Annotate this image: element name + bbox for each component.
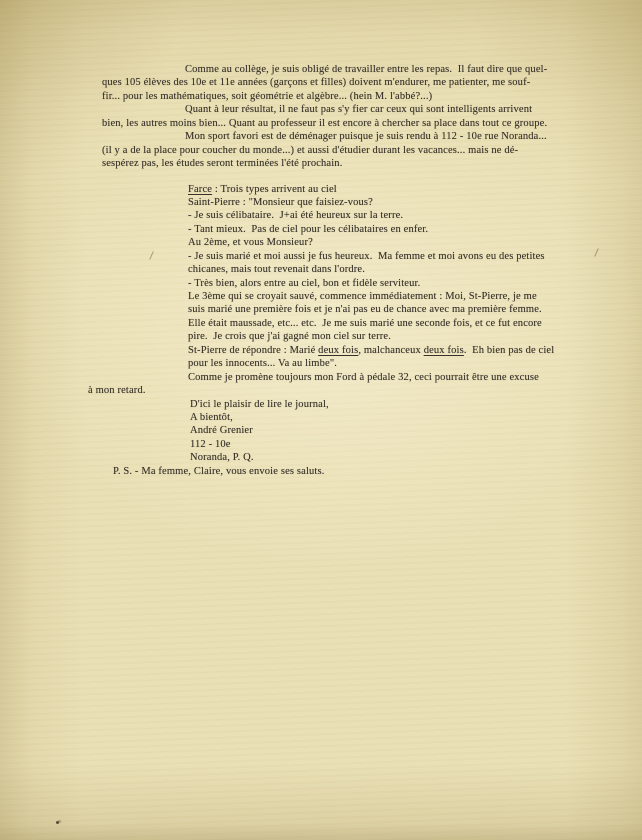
text-run: Elle était maussade, etc... etc. Je me s… xyxy=(188,318,542,329)
text-run: . Eh bien pas de ciel xyxy=(464,345,554,356)
letter-line: Saint-Pierre : "Monsieur que faisiez-vou… xyxy=(188,196,642,209)
letter-line: pire. Je crois que j'ai gagné mon ciel s… xyxy=(188,330,642,343)
underlined-text: deux fois xyxy=(424,345,464,356)
text-run: St-Pierre de répondre : Marié xyxy=(188,345,318,356)
text-run: bien, les autres moins bien... Quant au … xyxy=(102,118,547,129)
text-run: A bientôt, xyxy=(190,412,233,423)
text-run: pour les innocents... Va au limbe". xyxy=(188,358,337,369)
text-run: André Grenier xyxy=(190,425,253,436)
letter-line: (il y a de la place pour coucher du mond… xyxy=(102,144,642,157)
letter-line: Le 3ème qui se croyait sauvé, commence i… xyxy=(188,290,642,303)
letter-line: fir... pour les mathématiques, soit géom… xyxy=(102,90,642,103)
text-run: P. S. - Ma femme, Claire, vous envoie se… xyxy=(113,466,325,477)
text-run: ques 105 élèves des 10e et 11e années (g… xyxy=(102,77,530,88)
letter-page: Comme au collège, je suis obligé de trav… xyxy=(0,0,642,840)
letter-line: sespérez pas, les études seront terminée… xyxy=(102,157,642,170)
letter-line: pour les innocents... Va au limbe". xyxy=(188,357,642,370)
text-run: sespérez pas, les études seront terminée… xyxy=(102,158,342,169)
letter-line: St-Pierre de répondre : Marié deux fois,… xyxy=(188,344,642,357)
text-run: Saint-Pierre : "Monsieur que faisiez-vou… xyxy=(188,197,373,208)
letter-line: Farce : Trois types arrivent au ciel xyxy=(188,183,642,196)
text-run: - Je suis célibataire. J+ai été heureux … xyxy=(188,210,403,221)
letter-line: - Je suis célibataire. J+ai été heureux … xyxy=(188,209,642,222)
text-run: à mon retard. xyxy=(88,385,146,396)
letter-line: D'ici le plaisir de lire le journal, xyxy=(190,398,642,411)
letter-line: Comme je promène toujours mon Ford à péd… xyxy=(188,371,642,384)
letter-line: - Tant mieux. Pas de ciel pour les célib… xyxy=(188,223,642,236)
letter-line: - Très bien, alors entre au ciel, bon et… xyxy=(188,277,642,290)
letter-line: Au 2ème, et vous Monsieur? xyxy=(188,236,642,249)
letter-line: bien, les autres moins bien... Quant au … xyxy=(102,117,642,130)
underlined-text: deux fois xyxy=(318,345,358,356)
text-run: - Très bien, alors entre au ciel, bon et… xyxy=(188,278,420,289)
text-run: , malchanceux xyxy=(358,345,423,356)
text-run: Au 2ème, et vous Monsieur? xyxy=(188,237,313,248)
letter-line: chicanes, mais tout revenait dans l'ordr… xyxy=(188,263,642,276)
text-run: (il y a de la place pour coucher du mond… xyxy=(102,145,518,156)
text-run: Noranda, P. Q. xyxy=(190,452,254,463)
letter-line: Comme au collège, je suis obligé de trav… xyxy=(185,63,642,76)
text-run: Mon sport favori est de déménager puisqu… xyxy=(185,131,547,142)
letter-line: Mon sport favori est de déménager puisqu… xyxy=(185,130,642,143)
text-run: Comme je promène toujours mon Ford à péd… xyxy=(188,372,539,383)
letter-line: - Je suis marié et moi aussi je fus heur… xyxy=(188,250,642,263)
letter-line: à mon retard. xyxy=(88,384,642,397)
letter-line: suis marié une première fois et je n'ai … xyxy=(188,303,642,316)
paper-speck xyxy=(56,821,59,824)
text-run: Quant à leur résultat, il ne faut pas s'… xyxy=(185,104,532,115)
text-run: D'ici le plaisir de lire le journal, xyxy=(190,399,329,410)
text-run: - Tant mieux. Pas de ciel pour les célib… xyxy=(188,224,428,235)
text-run: fir... pour les mathématiques, soit géom… xyxy=(102,91,432,102)
text-run: : Trois types arrivent au ciel xyxy=(212,184,337,195)
letter-line: Quant à leur résultat, il ne faut pas s'… xyxy=(185,103,642,116)
letter-line: P. S. - Ma femme, Claire, vous envoie se… xyxy=(113,465,642,478)
text-run: pire. Je crois que j'ai gagné mon ciel s… xyxy=(188,331,391,342)
letter-line: Noranda, P. Q. xyxy=(190,451,642,464)
text-run: Comme au collège, je suis obligé de trav… xyxy=(185,64,547,75)
letter-line: Elle était maussade, etc... etc. Je me s… xyxy=(188,317,642,330)
text-run: 112 - 10e xyxy=(190,439,231,450)
text-run: Le 3ème qui se croyait sauvé, commence i… xyxy=(188,291,537,302)
letter-line: A bientôt, xyxy=(190,411,642,424)
letter-line: André Grenier xyxy=(190,424,642,437)
letter-line: 112 - 10e xyxy=(190,438,642,451)
letter-body: Comme au collège, je suis obligé de trav… xyxy=(0,63,642,478)
underlined-text: Farce xyxy=(188,184,212,195)
text-run: chicanes, mais tout revenait dans l'ordr… xyxy=(188,264,365,275)
text-run: suis marié une première fois et je n'ai … xyxy=(188,304,542,315)
text-run: - Je suis marié et moi aussi je fus heur… xyxy=(188,251,545,262)
letter-line: ques 105 élèves des 10e et 11e années (g… xyxy=(102,76,642,89)
